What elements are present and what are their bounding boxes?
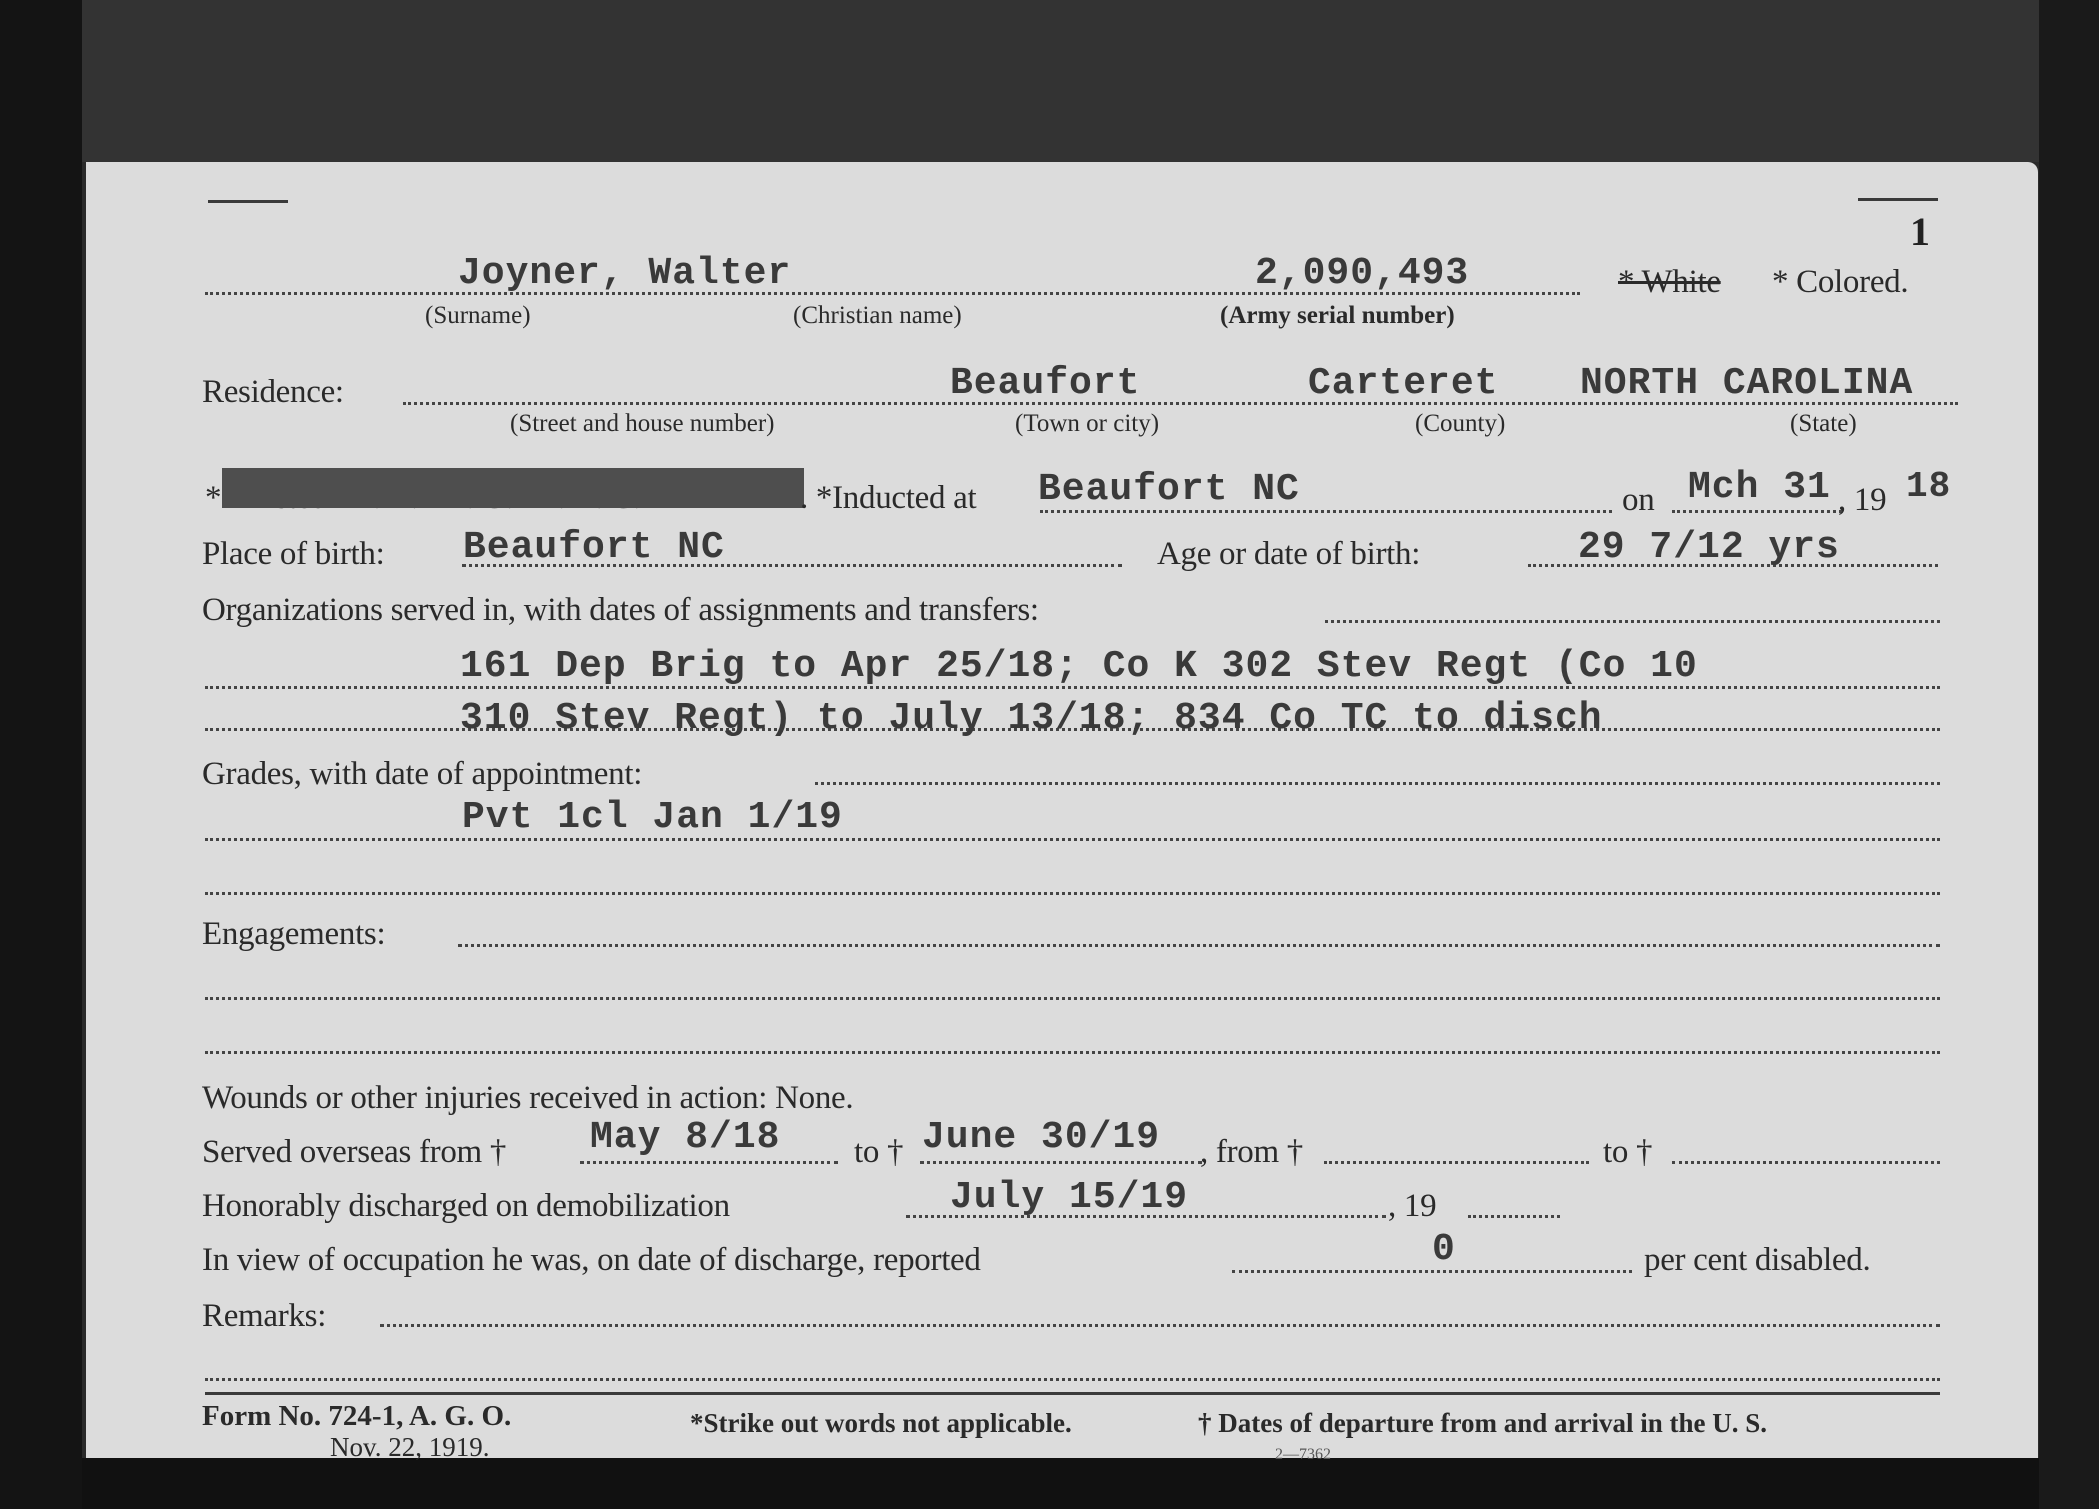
serial-label: (Army serial number)	[1220, 302, 1455, 330]
grades-label: Grades, with date of appointment:	[202, 756, 642, 793]
birthplace-value: Beaufort NC	[463, 526, 725, 569]
county-label: (County)	[1415, 410, 1505, 438]
print-code: 2—7362	[1275, 1446, 1331, 1464]
residence-town: Beaufort	[950, 362, 1140, 405]
birthplace-label: Place of birth:	[202, 536, 384, 573]
overseas-from-line	[580, 1161, 838, 1164]
organizations-entry: 310 Stev Regt) to July 13/18; 834 Co TC …	[460, 697, 1603, 740]
organizations-line-0	[1325, 620, 1940, 623]
date-line	[1672, 510, 1842, 513]
induction-date: Mch 31	[1688, 466, 1831, 509]
grades-line-1	[205, 838, 1940, 841]
race-white: * White	[1618, 264, 1721, 300]
street-label: (Street and house number)	[510, 410, 775, 438]
overseas-to2-line	[1672, 1161, 1940, 1164]
corner-mark-left	[208, 200, 288, 203]
grades-value: Pvt 1cl Jan 1/19	[462, 796, 843, 839]
residence-label: Residence:	[202, 374, 344, 411]
corner-mark-right	[1858, 198, 1938, 201]
form-date: Nov. 22, 1919.	[330, 1432, 490, 1463]
race-white-struck: * White	[1618, 264, 1721, 301]
scan-background-right	[2039, 0, 2099, 1509]
overseas-from-date: May 8/18	[590, 1116, 780, 1159]
engagements-line-2	[205, 1051, 1940, 1054]
dates-note: † Dates of departure from and arrival in…	[1198, 1408, 1767, 1439]
disability-label: In view of occupation he was, on date of…	[202, 1242, 981, 1279]
remarks-label: Remarks:	[202, 1298, 326, 1335]
form-number: Form No. 724-1, A. G. O.	[202, 1400, 511, 1433]
overseas-to-date: June 30/19	[922, 1116, 1160, 1159]
race-colored: * Colored.	[1772, 264, 1908, 301]
overseas-from2-line	[1324, 1161, 1589, 1164]
discharge-year-line	[1468, 1215, 1560, 1218]
grades-line-2	[205, 892, 1940, 895]
wounds-label: Wounds or other injuries received in act…	[202, 1080, 853, 1117]
overseas-to-label: to †	[854, 1134, 903, 1171]
remarks-line-1	[205, 1378, 1940, 1381]
organizations-label: Organizations served in, with dates of a…	[202, 592, 1039, 629]
induction-year: 18	[1906, 466, 1951, 507]
redaction-block	[222, 468, 804, 508]
disability-value: 0	[1432, 1228, 1456, 1271]
inducted-label: . *Inducted at	[800, 480, 976, 517]
grades-line-0	[815, 782, 1940, 785]
strike-note: *Strike out words not applicable.	[690, 1408, 1072, 1439]
organizations-entry: 161 Dep Brig to Apr 25/18; Co K 302 Stev…	[460, 645, 1698, 688]
name-value: Joyner, Walter	[458, 252, 791, 295]
overseas-to2-label: to †	[1603, 1134, 1652, 1171]
age-label: Age or date of birth:	[1157, 536, 1420, 573]
discharge-date: July 15/19	[950, 1176, 1188, 1219]
overseas-label: Served overseas from †	[202, 1134, 506, 1171]
discharge-label: Honorably discharged on demobilization	[202, 1188, 730, 1225]
engagements-label: Engagements:	[202, 916, 385, 953]
engagements-line-1	[205, 997, 1940, 1000]
overseas-to-line	[920, 1161, 1202, 1164]
scan-background-top	[82, 0, 2039, 162]
state-label: (State)	[1790, 410, 1857, 438]
scan-background-bottom	[82, 1458, 2039, 1509]
scan-background-left	[0, 0, 82, 1509]
remarks-line-0	[380, 1324, 1940, 1327]
residence-county: Carteret	[1308, 362, 1498, 405]
residence-state: NORTH CAROLINA	[1580, 362, 1913, 405]
age-value: 29 7/12 yrs	[1578, 526, 1840, 569]
year-prefix: , 19	[1838, 482, 1886, 519]
footer-rule	[205, 1392, 1940, 1395]
engagements-line-0	[458, 944, 1940, 947]
disability-suffix: per cent disabled.	[1644, 1242, 1870, 1279]
christian-name-label: (Christian name)	[793, 302, 962, 330]
on-label: on	[1622, 482, 1654, 519]
town-label: (Town or city)	[1015, 410, 1159, 438]
overseas-from2-label: , from †	[1200, 1134, 1303, 1171]
discharge-year-label: , 19	[1388, 1188, 1436, 1225]
serial-value: 2,090,493	[1255, 252, 1469, 295]
inducted-place: Beaufort NC	[1038, 468, 1300, 511]
page-number: 1	[1910, 208, 1930, 255]
surname-label: (Surname)	[425, 302, 531, 330]
